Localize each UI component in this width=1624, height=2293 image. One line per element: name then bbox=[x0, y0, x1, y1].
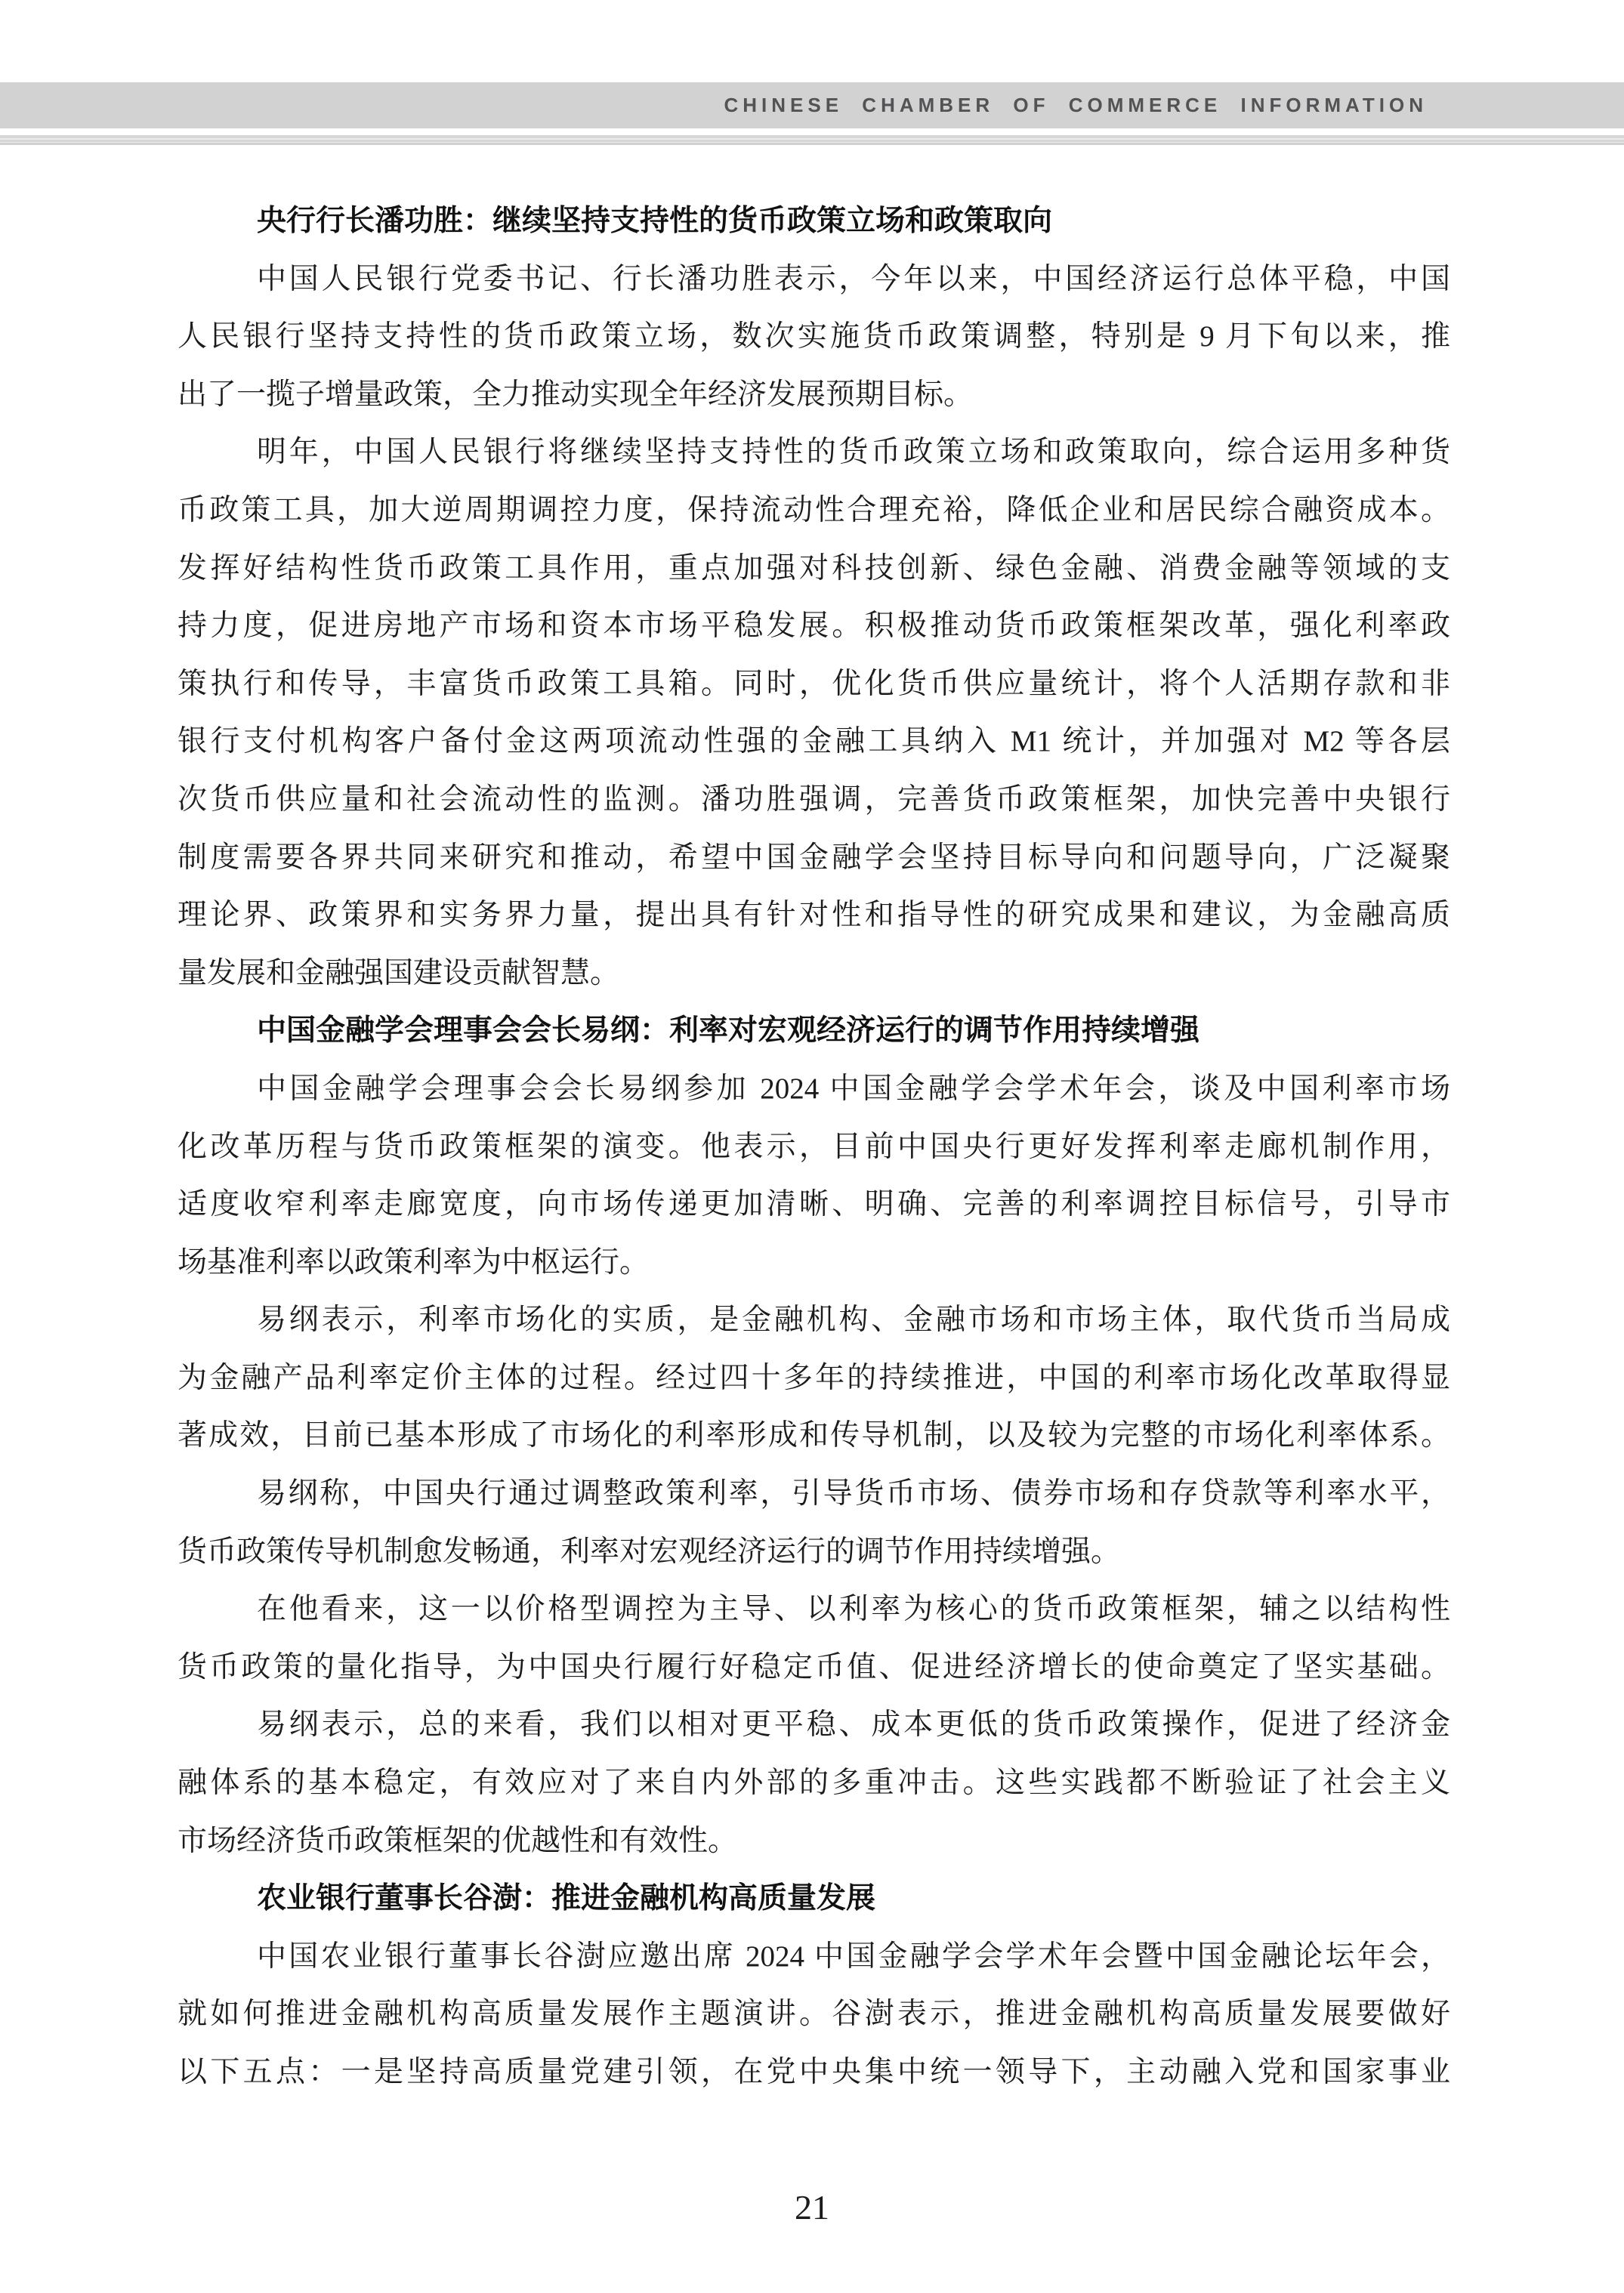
header-stripe-separator bbox=[0, 135, 1624, 145]
text-line: 人民银行坚持支持性的货币政策立场，数次实施货币政策调整，特别是 9 月下旬以来，… bbox=[178, 308, 1450, 366]
text-line: 出了一揽子增量政策，全力推动实现全年经济发展预期目标。 bbox=[178, 366, 1450, 424]
text-line: 中国人民银行党委书记、行长潘功胜表示，今年以来，中国经济运行总体平稳，中国 bbox=[178, 251, 1450, 309]
text-line: 化改革历程与货币政策框架的演变。他表示，目前中国央行更好发挥利率走廊机制作用， bbox=[178, 1119, 1450, 1177]
section-title: 农业银行董事长谷澍：推进金融机构高质量发展 bbox=[178, 1870, 1450, 1928]
section-title: 中国金融学会理事会会长易纲：利率对宏观经济运行的调节作用持续增强 bbox=[178, 1002, 1450, 1060]
section-title: 央行行长潘功胜：继续坚持支持性的货币政策立场和政策取向 bbox=[178, 193, 1450, 251]
text-line: 融体系的基本稳定，有效应对了来自内外部的多重冲击。这些实践都不断验证了社会主义 bbox=[178, 1754, 1450, 1813]
article-body: 央行行长潘功胜：继续坚持支持性的货币政策立场和政策取向 中国人民银行党委书记、行… bbox=[178, 193, 1450, 2102]
text-line: 场基准利率以政策利率为中枢运行。 bbox=[178, 1234, 1450, 1292]
text-line: 货币政策的量化指导，为中国央行履行好稳定币值、促进经济增长的使命奠定了坚实基础。 bbox=[178, 1639, 1450, 1697]
header-banner-text: CHINESE CHAMBER OF COMMERCE INFORMATION bbox=[724, 82, 1428, 128]
text-line: 银行支付机构客户备付金这两项流动性强的金融工具纳入 M1 统计，并加强对 M2 … bbox=[178, 713, 1450, 771]
text-line: 次货币供应量和社会流动性的监测。潘功胜强调，完善货币政策框架，加快完善中央银行 bbox=[178, 771, 1450, 829]
text-line: 就如何推进金融机构高质量发展作主题演讲。谷澍表示，推进金融机构高质量发展要做好 bbox=[178, 1986, 1450, 2044]
text-line: 适度收窄利率走廊宽度，向市场传递更加清晰、明确、完善的利率调控目标信号，引导市 bbox=[178, 1176, 1450, 1234]
text-line: 以下五点：一是坚持高质量党建引领，在党中央集中统一领导下，主动融入党和国家事业 bbox=[178, 2044, 1450, 2102]
text-line: 易纲表示，利率市场化的实质，是金融机构、金融市场和市场主体，取代货币当局成 bbox=[178, 1292, 1450, 1350]
text-line: 中国金融学会理事会会长易纲参加 2024 中国金融学会学术年会，谈及中国利率市场 bbox=[178, 1060, 1450, 1119]
text-line: 易纲称，中国央行通过调整政策利率，引导货币市场、债券市场和存贷款等利率水平， bbox=[178, 1465, 1450, 1523]
text-line: 市场经济货币政策框架的优越性和有效性。 bbox=[178, 1813, 1450, 1871]
text-line: 发挥好结构性货币政策工具作用，重点加强对科技创新、绿色金融、消费金融等领域的支 bbox=[178, 540, 1450, 598]
text-line: 持力度，促进房地产市场和资本市场平稳发展。积极推动货币政策框架改革，强化利率政 bbox=[178, 597, 1450, 656]
text-line: 中国农业银行董事长谷澍应邀出席 2024 中国金融学会学术年会暨中国金融论坛年会… bbox=[178, 1928, 1450, 1986]
text-line: 著成效，目前已基本形成了市场化的利率形成和传导机制，以及较为完整的市场化利率体系… bbox=[178, 1407, 1450, 1465]
text-line: 币政策工具，加大逆周期调控力度，保持流动性合理充裕，降低企业和居民综合融资成本。 bbox=[178, 482, 1450, 540]
text-line: 易纲表示，总的来看，我们以相对更平稳、成本更低的货币政策操作，促进了经济金 bbox=[178, 1696, 1450, 1754]
document-page: CHINESE CHAMBER OF COMMERCE INFORMATION … bbox=[0, 0, 1624, 2293]
text-line: 制度需要各界共同来研究和推动，希望中国金融学会坚持目标导向和问题导向，广泛凝聚 bbox=[178, 829, 1450, 887]
text-line: 明年，中国人民银行将继续坚持支持性的货币政策立场和政策取向，综合运用多种货 bbox=[178, 424, 1450, 482]
text-line: 理论界、政策界和实务界力量，提出具有针对性和指导性的研究成果和建议，为金融高质 bbox=[178, 887, 1450, 945]
header-banner: CHINESE CHAMBER OF COMMERCE INFORMATION bbox=[0, 82, 1624, 128]
text-line: 在他看来，这一以价格型调控为主导、以利率为核心的货币政策框架，辅之以结构性 bbox=[178, 1581, 1450, 1639]
text-line: 为金融产品利率定价主体的过程。经过四十多年的持续推进，中国的利率市场化改革取得显 bbox=[178, 1350, 1450, 1408]
text-line: 货币政策传导机制愈发畅通，利率对宏观经济运行的调节作用持续增强。 bbox=[178, 1523, 1450, 1582]
page-number: 21 bbox=[0, 2187, 1624, 2227]
text-line: 策执行和传导，丰富货币政策工具箱。同时，优化货币供应量统计，将个人活期存款和非 bbox=[178, 656, 1450, 714]
text-line: 量发展和金融强国建设贡献智慧。 bbox=[178, 945, 1450, 1003]
